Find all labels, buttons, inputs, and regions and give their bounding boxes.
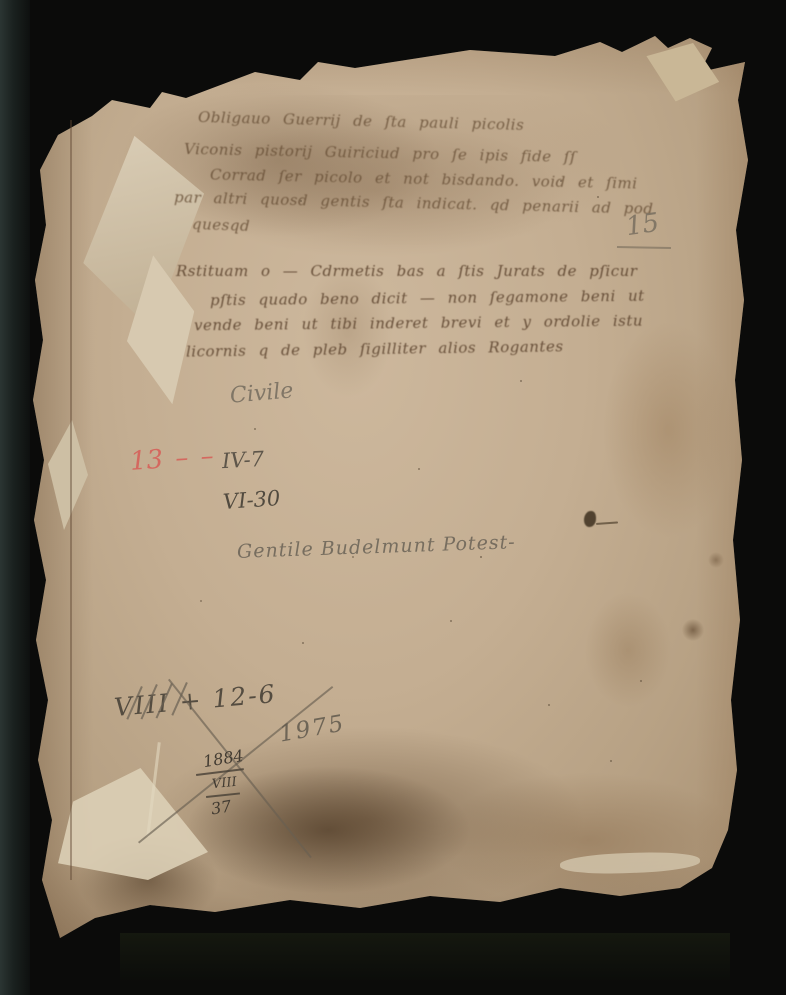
ink-line: Rstituam o — Cdrmetis bas a ſtis Jurats … <box>176 262 637 280</box>
shelfmark-number: 37 <box>210 797 233 819</box>
red-crayon-number: 13 – – <box>129 441 215 477</box>
manuscript-photograph: Obligauo Guerrij de ſta pauli picolis Vi… <box>0 0 786 995</box>
background-left-shelf <box>0 0 30 995</box>
background-bottom-support <box>120 933 730 995</box>
paper-speckles <box>480 556 482 558</box>
reference-vi-30: VI-30 <box>222 486 281 514</box>
reference-iv-7: IV-7 <box>221 447 264 473</box>
shelfmark-series: VIII <box>211 775 237 793</box>
spine-crease <box>70 120 72 880</box>
folio-number: 15 <box>624 208 661 242</box>
ink-line: quesqd <box>192 215 251 235</box>
